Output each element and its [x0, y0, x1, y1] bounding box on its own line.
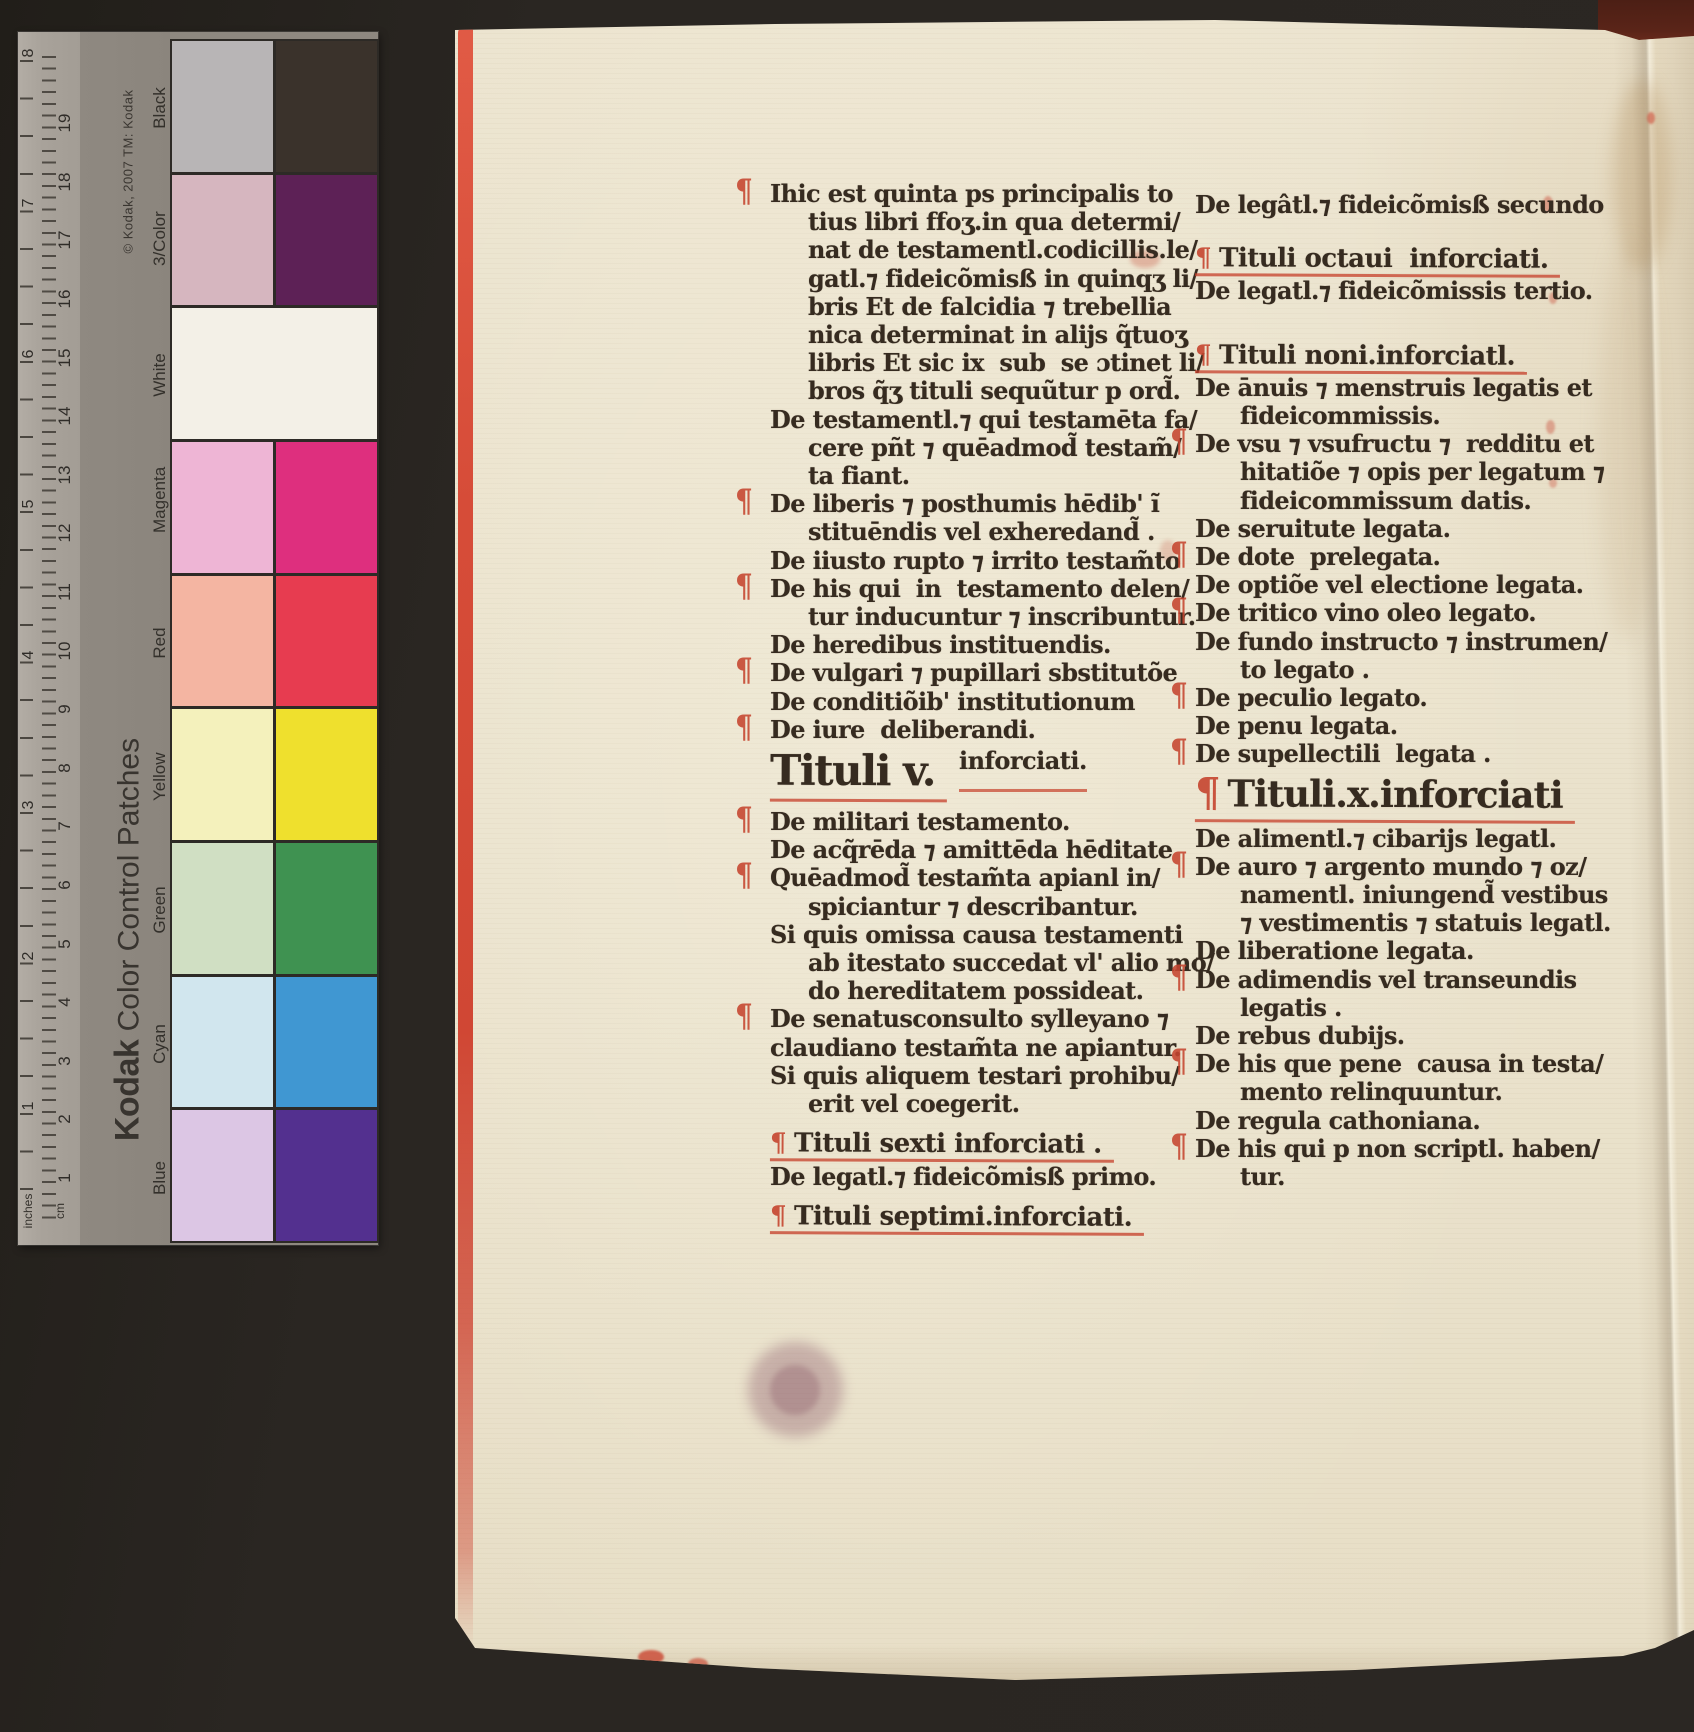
text-line: ¶Ihic est quinta ps principalis to: [735, 180, 1165, 208]
patch-label-3-color: 3/Color: [150, 218, 170, 266]
text-line: Si quis aliquem testari prohibu/: [735, 1062, 1165, 1090]
ruler: inches cm 123456789101112131415161718191…: [18, 32, 80, 1245]
photographed-incunabulum-page: { "color_card": { "copyright": "© Kodak,…: [0, 0, 1694, 1732]
text-line: ¶De militari testamento.: [735, 808, 1165, 836]
ruler-inches-label: inches: [21, 1189, 35, 1233]
text-line: De legâtl.⁊ fideicõmisß secundo: [1170, 191, 1680, 219]
text-line: fideicommissum datis.: [1170, 487, 1680, 515]
text-line: De legatl.⁊ fideicõmisß primo.: [735, 1163, 1165, 1191]
text-line: bris Et de falcidia ⁊ trebellia: [735, 293, 1165, 321]
patch-label-magenta: Magenta: [150, 485, 170, 533]
patch-green-dark: [276, 843, 377, 974]
text-line: De rebus dubijs.: [1170, 1022, 1680, 1050]
text-line: De seruitute legata.: [1170, 515, 1680, 543]
ruler-cm-14: 14: [55, 403, 75, 429]
patch-label-yellow: Yellow: [150, 753, 170, 801]
text-line: ¶De his qui p non scriptl. haben/: [1170, 1135, 1680, 1163]
red-smudge-bottom-1: [638, 1650, 664, 1664]
text-line: mento relinquuntur.: [1170, 1078, 1680, 1106]
rubric-pilcrow-icon: ¶: [735, 176, 752, 208]
text-line: legatis .: [1170, 994, 1680, 1022]
text-line: gatl.⁊ fideicõmisß in quinqʒ li/: [735, 265, 1165, 293]
text-line: De alimentl.⁊ cibarijs legatl.: [1170, 825, 1680, 853]
patch-label-red: Red: [150, 619, 170, 667]
patch-magenta-dark: [276, 442, 377, 573]
ruler-cm-ticks: [42, 56, 56, 1223]
text-line: De ānuis ⁊ menstruis legatis et: [1170, 374, 1680, 402]
text-line: stituēndis vel exheredand̃ .: [735, 518, 1165, 546]
text-line: Si quis omissa causa testamenti: [735, 921, 1165, 949]
text-line: ¶De adimendis vel transeundis: [1170, 966, 1680, 994]
patch-3-color-dark: [276, 175, 377, 306]
ruler-cm-9: 9: [55, 696, 75, 722]
text-line: spiciantur ⁊ describantur.: [735, 893, 1165, 921]
ruler-inch-1: 1: [20, 1093, 38, 1119]
text-line: De fundo instructo ⁊ instrumen/: [1170, 628, 1680, 656]
text-line: ¶Quēadmod̃ testam̃ta apianl in/: [735, 864, 1165, 892]
text-line: De iiusto rupto ⁊ irrito testam̃to: [735, 547, 1165, 575]
section-heading: Tituli v.inforciati.: [735, 744, 1165, 808]
rubric-pilcrow-icon: ¶: [1170, 539, 1187, 571]
text-line: ab itestato succedat vl' alio mo/: [735, 949, 1165, 977]
text-line: ¶De vulgari ⁊ pupillari sbstitutõe: [735, 659, 1165, 687]
ruler-inch-6: 6: [20, 341, 38, 367]
rubric-pilcrow-icon: ¶: [1170, 427, 1187, 459]
text-line: ¶De his qui in testamento delen/: [735, 575, 1165, 603]
rubric-pilcrow-icon: ¶: [1170, 1131, 1187, 1163]
rubric-pilcrow-icon: ¶: [735, 656, 752, 688]
patch-label-blue: Blue: [150, 1154, 170, 1202]
ruler-inch-3: 3: [20, 792, 38, 818]
section-heading: ¶Tituli sexti inforciati .: [735, 1130, 1165, 1162]
ruler-cm-12: 12: [55, 520, 75, 546]
patch-red-dark: [276, 576, 377, 707]
patch-magenta-light: [172, 442, 273, 573]
ruler-inch-4: 4: [20, 642, 38, 668]
text-line: libris Et sic ix sub se ɔtinet li/: [735, 349, 1165, 377]
book-page: ¶Ihic est quinta ps principalis totius l…: [455, 18, 1694, 1680]
red-fore-edge: [458, 26, 473, 1648]
ruler-cm-4: 4: [55, 989, 75, 1015]
ruler-cm-18: 18: [55, 169, 75, 195]
text-line: fideicommissis.: [1170, 402, 1680, 430]
text-line: ¶De tritico vino oleo legato.: [1170, 599, 1680, 627]
patch-yellow-dark: [276, 709, 377, 840]
patch-label-black: Black: [150, 84, 170, 132]
text-line: ¶De his que pene causa in testa/: [1170, 1050, 1680, 1078]
purple-stain-core: [770, 1365, 820, 1415]
ruler-cm-19: 19: [55, 110, 75, 136]
patch-grid: [170, 39, 379, 1243]
rubric-pilcrow-icon: ¶: [735, 804, 752, 836]
text-line: De optiõe vel electione legata.: [1170, 571, 1680, 599]
section-heading: ¶Tituli octaui inforciati.: [1170, 245, 1680, 277]
patch-yellow-light: [172, 709, 273, 840]
patch-label-cyan: Cyan: [150, 1020, 170, 1068]
ruler-inch-2: 2: [20, 943, 38, 969]
text-line: ¶De auro ⁊ argento mundo ⁊ oz/: [1170, 853, 1680, 881]
ruler-cm-3: 3: [55, 1048, 75, 1074]
text-line: to legato .: [1170, 656, 1680, 684]
ruler-cm-6: 6: [55, 872, 75, 898]
text-line: De conditiõib' institutionum: [735, 688, 1165, 716]
text-column-right: De legâtl.⁊ fideicõmisß secundo¶Tituli o…: [1170, 191, 1680, 1191]
ruler-cm-2: 2: [55, 1106, 75, 1132]
text-line: De regula cathoniana.: [1170, 1107, 1680, 1135]
section-heading: ¶Tituli.x.inforciati: [1170, 769, 1680, 825]
rubric-pilcrow-icon: ¶: [735, 1002, 752, 1034]
ruler-cm-10: 10: [55, 638, 75, 664]
text-line: cere pñt ⁊ quēadmod̃ testam̃/: [735, 434, 1165, 462]
rubric-pilcrow-icon: ¶: [1170, 680, 1187, 712]
patch-blue-dark: [276, 1110, 377, 1241]
ruler-inch-5: 5: [20, 491, 38, 517]
ruler-cm-15: 15: [55, 345, 75, 371]
rubric-pilcrow-icon: ¶: [1195, 340, 1211, 370]
rubric-pilcrow-icon: ¶: [735, 487, 752, 519]
text-line: ¶De senatusconsulto sylleyano ⁊: [735, 1005, 1165, 1033]
rubric-pilcrow-icon: ¶: [735, 571, 752, 603]
text-line: ¶De vsu ⁊ vsufructu ⁊ redditu et: [1170, 430, 1680, 458]
patch-white: [172, 308, 377, 439]
text-line: ¶De peculio legato.: [1170, 684, 1680, 712]
rubric-pilcrow-icon: ¶: [770, 1129, 786, 1159]
rubric-pilcrow-icon: ¶: [1195, 243, 1211, 273]
ruler-cm-7: 7: [55, 813, 75, 839]
ruler-cm-11: 11: [55, 579, 75, 605]
rubric-pilcrow-icon: ¶: [1170, 1047, 1187, 1079]
patch-blue-light: [172, 1110, 273, 1241]
rubric-pilcrow-icon: ¶: [1170, 962, 1187, 994]
ruler-cm-1: 1: [55, 1165, 75, 1191]
text-line: De penu legata.: [1170, 712, 1680, 740]
page-bottom-shade: [455, 1644, 1694, 1680]
ruler-cm-13: 13: [55, 462, 75, 488]
text-line: De legatl.⁊ fideicõmissis tertio.: [1170, 277, 1680, 305]
text-line: hitatiõe ⁊ opis per legatum ⁊: [1170, 458, 1680, 486]
patch-cyan-light: [172, 977, 273, 1108]
text-line: De acq̃rēda ⁊ amittēda hēditate: [735, 836, 1165, 864]
rubric-pilcrow-icon: ¶: [770, 1201, 786, 1231]
ruler-cm-8: 8: [55, 755, 75, 781]
patch-red-light: [172, 576, 273, 707]
text-line: nat de testamentl.codicillis.le/: [735, 236, 1165, 264]
patch-cyan-dark: [276, 977, 377, 1108]
rubric-pilcrow-icon: ¶: [1195, 769, 1220, 816]
text-line: tius libri ffoʒ.in qua determi/: [735, 208, 1165, 236]
rubric-pilcrow-icon: ¶: [1170, 737, 1187, 769]
ruler-inch-7: 7: [20, 190, 38, 216]
text-line: De testamentl.⁊ qui testamēta fa/: [735, 406, 1165, 434]
rubric-pilcrow-icon: ¶: [735, 712, 752, 744]
text-line: De heredibus instituendis.: [735, 631, 1165, 659]
patch-label-green: Green: [150, 886, 170, 934]
text-line: bros q̃ʒ tituli sequũtur p ord̃.: [735, 377, 1165, 405]
ruler-inch-ticks: [20, 60, 33, 1221]
patch-3-color-light: [172, 175, 273, 306]
text-line: ¶De dote prelegata.: [1170, 543, 1680, 571]
text-line: De liberatione legata.: [1170, 937, 1680, 965]
section-heading: ¶Tituli septimi.inforciati.: [735, 1203, 1165, 1235]
red-smudge-bottom-2: [688, 1658, 708, 1670]
text-line: tur inducuntur ⁊ inscribuntur.: [735, 603, 1165, 631]
ruler-cm-5: 5: [55, 931, 75, 957]
text-line: claudiano testam̃ta ne apiantur.: [735, 1034, 1165, 1062]
rubric-pilcrow-icon: ¶: [1170, 849, 1187, 881]
text-line: tur.: [1170, 1163, 1680, 1191]
rubric-pilcrow-icon: ¶: [1170, 596, 1187, 628]
text-line: erit vel coegerit.: [735, 1090, 1165, 1118]
text-line: nica determinat in alijs q̃tuoʒ: [735, 321, 1165, 349]
text-line: namentl. iniungend̃ vestibus: [1170, 881, 1680, 909]
ruler-inch-8: 8: [20, 40, 38, 66]
ruler-cm-16: 16: [55, 286, 75, 312]
red-dot-fold-top: [1647, 112, 1655, 124]
text-line: ¶De iure deliberandi.: [735, 716, 1165, 744]
patch-black-light: [172, 41, 273, 172]
text-line: do hereditatem possideat.: [735, 977, 1165, 1005]
ruler-cm-17: 17: [55, 227, 75, 253]
ruler-cm-label: cm: [53, 1189, 67, 1233]
patch-label-white: White: [150, 351, 170, 399]
patch-green-light: [172, 843, 273, 974]
patch-black-dark: [276, 41, 377, 172]
card-copyright: © Kodak, 2007 TM: Kodak: [121, 62, 136, 282]
text-line: ta fiant.: [735, 462, 1165, 490]
text-line: ¶De liberis ⁊ posthumis hēdib' ĩ: [735, 490, 1165, 518]
kodak-color-control-card: inches cm 123456789101112131415161718191…: [18, 32, 378, 1245]
text-line: ⁊ vestimentis ⁊ statuis legatl.: [1170, 909, 1680, 937]
text-line: ¶De supellectili legata .: [1170, 740, 1680, 768]
section-heading: ¶Tituli noni.inforciatl.: [1170, 342, 1680, 374]
rubric-pilcrow-icon: ¶: [735, 861, 752, 893]
text-column-left: ¶Ihic est quinta ps principalis totius l…: [735, 180, 1165, 1235]
